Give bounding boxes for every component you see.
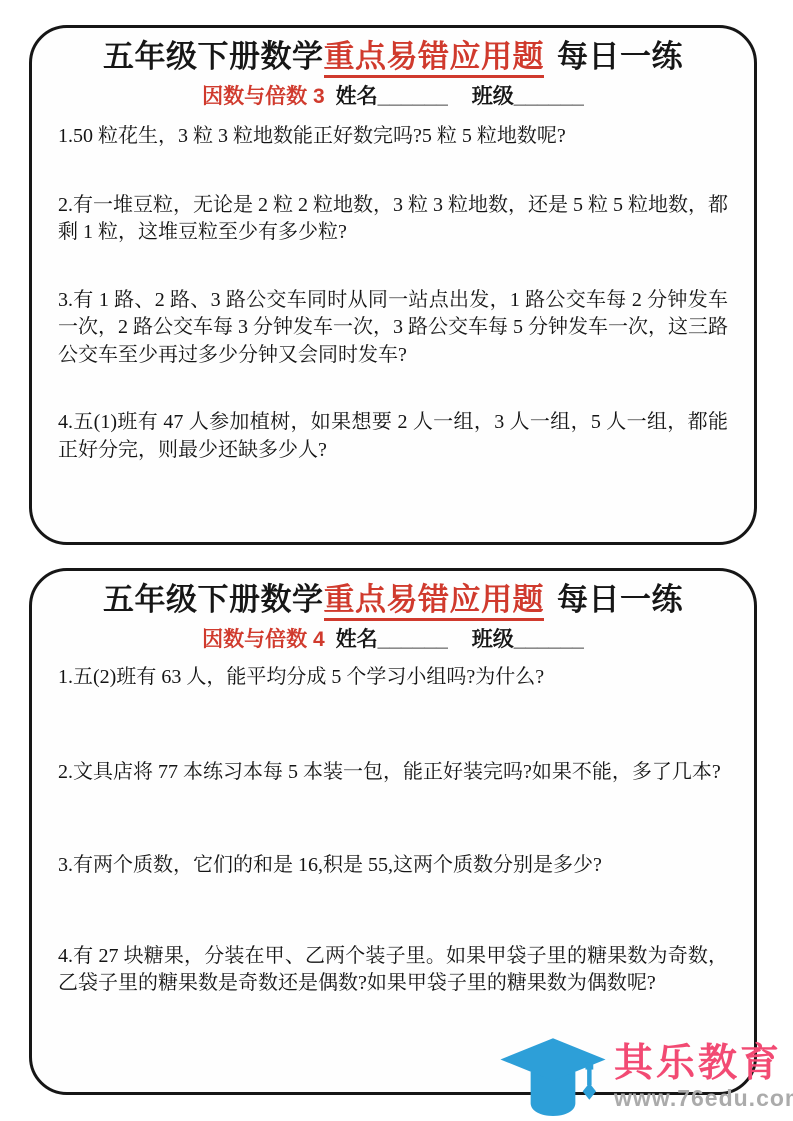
name-blank-line: ______ [378, 628, 448, 651]
unit-label: 因数与倍数 3 [202, 85, 325, 108]
question-item: 3.有两个质数，它们的和是 16,积是 55,这两个质数分别是多少? [58, 852, 728, 880]
question-item: 1.五(2)班有 63 人，能平均分成 5 个学习小组吗?为什么? [58, 664, 728, 692]
brand-name: 其乐教育 [614, 1043, 793, 1085]
brand-url: www.76edu.com [614, 1086, 793, 1110]
question-item: 2.文具店将 77 本练习本每 5 本装一包，能正好装完吗?如果不能，多了几本? [58, 759, 728, 787]
worksheet-card-1: 五年级下册数学重点易错应用题每日一练 因数与倍数 3姓名______班级____… [29, 25, 757, 545]
worksheet-subtitle: 因数与倍数 4姓名______班级______ [58, 627, 728, 652]
name-label: 姓名 [336, 628, 378, 651]
question-item: 2.有一堆豆粒，无论是 2 粒 2 粒地数，3 粒 3 粒地数，还是 5 粒 5… [58, 192, 728, 247]
question-item: 1.50 粒花生，3 粒 3 粒地数能正好数完吗?5 粒 5 粒地数呢? [58, 123, 728, 151]
title-suffix: 每日一练 [557, 39, 683, 74]
question-item: 4.五(1)班有 47 人参加植树，如果想要 2 人一组，3 人一组，5 人一组… [58, 409, 728, 464]
title-suffix: 每日一练 [557, 582, 683, 617]
class-blank-line: ______ [514, 628, 584, 651]
question-item: 3.有 1 路、2 路、3 路公交车同时从同一站点出发，1 路公交车每 2 分钟… [58, 287, 728, 370]
worksheet-card-2: 五年级下册数学重点易错应用题每日一练 因数与倍数 4姓名______班级____… [29, 568, 757, 1095]
class-label: 班级 [472, 85, 514, 108]
brand-text: 其乐教育 www.76edu.com [614, 1036, 793, 1110]
question-item: 4.有 27 块糖果，分装在甲、乙两个装子里。如果甲袋子里的糖果数为奇数，乙袋子… [58, 943, 728, 998]
class-label: 班级 [472, 628, 514, 651]
title-highlight: 重点易错应用题 [324, 582, 545, 621]
title-prefix: 五年级下册数学 [103, 39, 324, 74]
title-prefix: 五年级下册数学 [103, 582, 324, 617]
worksheet-title: 五年级下册数学重点易错应用题每日一练 [58, 39, 728, 75]
name-blank-line: ______ [378, 85, 448, 108]
name-label: 姓名 [336, 85, 378, 108]
title-highlight: 重点易错应用题 [324, 39, 545, 78]
worksheet-title: 五年级下册数学重点易错应用题每日一练 [58, 582, 728, 618]
brand-logo: 其乐教育 www.76edu.com [494, 1036, 793, 1121]
class-blank-line: ______ [514, 85, 584, 108]
unit-label: 因数与倍数 4 [202, 628, 325, 651]
worksheet-subtitle: 因数与倍数 3姓名______班级______ [58, 84, 728, 109]
graduation-cap-icon [494, 1036, 612, 1121]
